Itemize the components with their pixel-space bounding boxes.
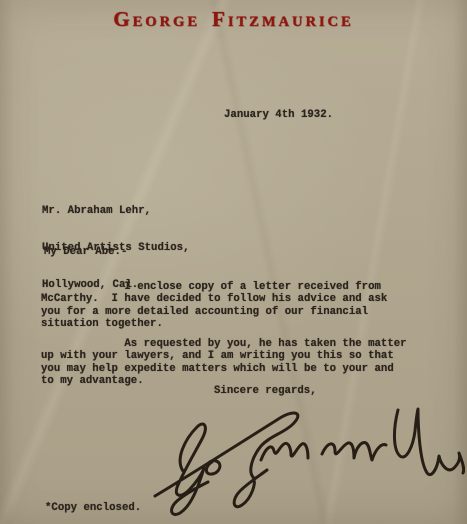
salutation: My Dear Abe:- [44,246,127,258]
letter-page: GEORGEFITZMAURICE January 4th 1932. Mr. … [0,0,467,524]
signature-stroke [155,409,464,514]
letterhead-first-name: GEORGE [113,13,200,30]
closing-line: Sincere regards, [214,385,317,397]
date-line: January 4th 1932. [224,109,333,121]
recipient-name: Mr. Abraham Lehr, [42,205,190,217]
body-paragraph-1: I enclose copy of a letter received from… [41,281,387,331]
body-paragraph-2: As requested by you, he has taken the ma… [41,338,407,388]
handwritten-signature [145,397,465,521]
letterhead-name: GEORGEFITZMAURICE [0,7,467,32]
letterhead-last-name: FITZMAURICE [212,13,354,30]
footnote: *Copy enclosed. [45,502,141,514]
